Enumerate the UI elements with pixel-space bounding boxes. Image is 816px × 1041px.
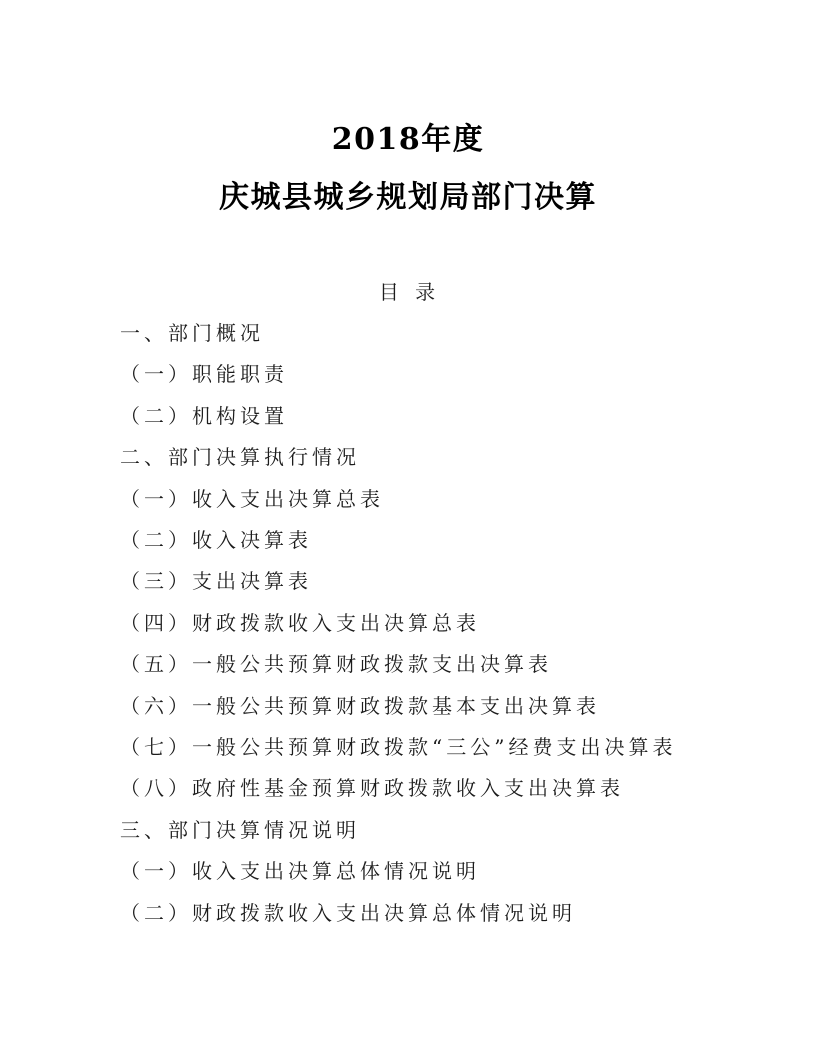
document-title-year: 2018年度 — [0, 122, 816, 158]
toc-item: （五）一般公共预算财政拨款支出决算表 — [120, 644, 776, 685]
toc-heading: 目 录 — [0, 272, 816, 313]
toc-item: （二）财政拨款收入支出决算总体情况说明 — [120, 893, 776, 934]
toc-item: （一）收入支出决算总表 — [120, 479, 776, 520]
toc-item: （二）收入决算表 — [120, 520, 776, 561]
toc-item: 二、部门决算执行情况 — [120, 437, 776, 478]
toc-item: （六）一般公共预算财政拨款基本支出决算表 — [120, 686, 776, 727]
toc-item: （七）一般公共预算财政拨款“三公”经费支出决算表 — [120, 727, 776, 768]
toc-item: （三）支出决算表 — [120, 561, 776, 602]
toc-item: 三、部门决算情况说明 — [120, 810, 776, 851]
document-title-name: 庆城县城乡规划局部门决算 — [0, 180, 816, 216]
toc-list: 一、部门概况（一）职能职责（二）机构设置二、部门决算执行情况（一）收入支出决算总… — [0, 313, 816, 934]
toc-item: （一）职能职责 — [120, 354, 776, 395]
toc-item: （八）政府性基金预算财政拨款收入支出决算表 — [120, 768, 776, 809]
toc-item: 一、部门概况 — [120, 313, 776, 354]
toc-item: （四）财政拨款收入支出决算总表 — [120, 603, 776, 644]
toc-item: （一）收入支出决算总体情况说明 — [120, 851, 776, 892]
toc-item: （二）机构设置 — [120, 396, 776, 437]
document-page: 2018年度 庆城县城乡规划局部门决算 目 录 一、部门概况（一）职能职责（二）… — [0, 0, 816, 1041]
